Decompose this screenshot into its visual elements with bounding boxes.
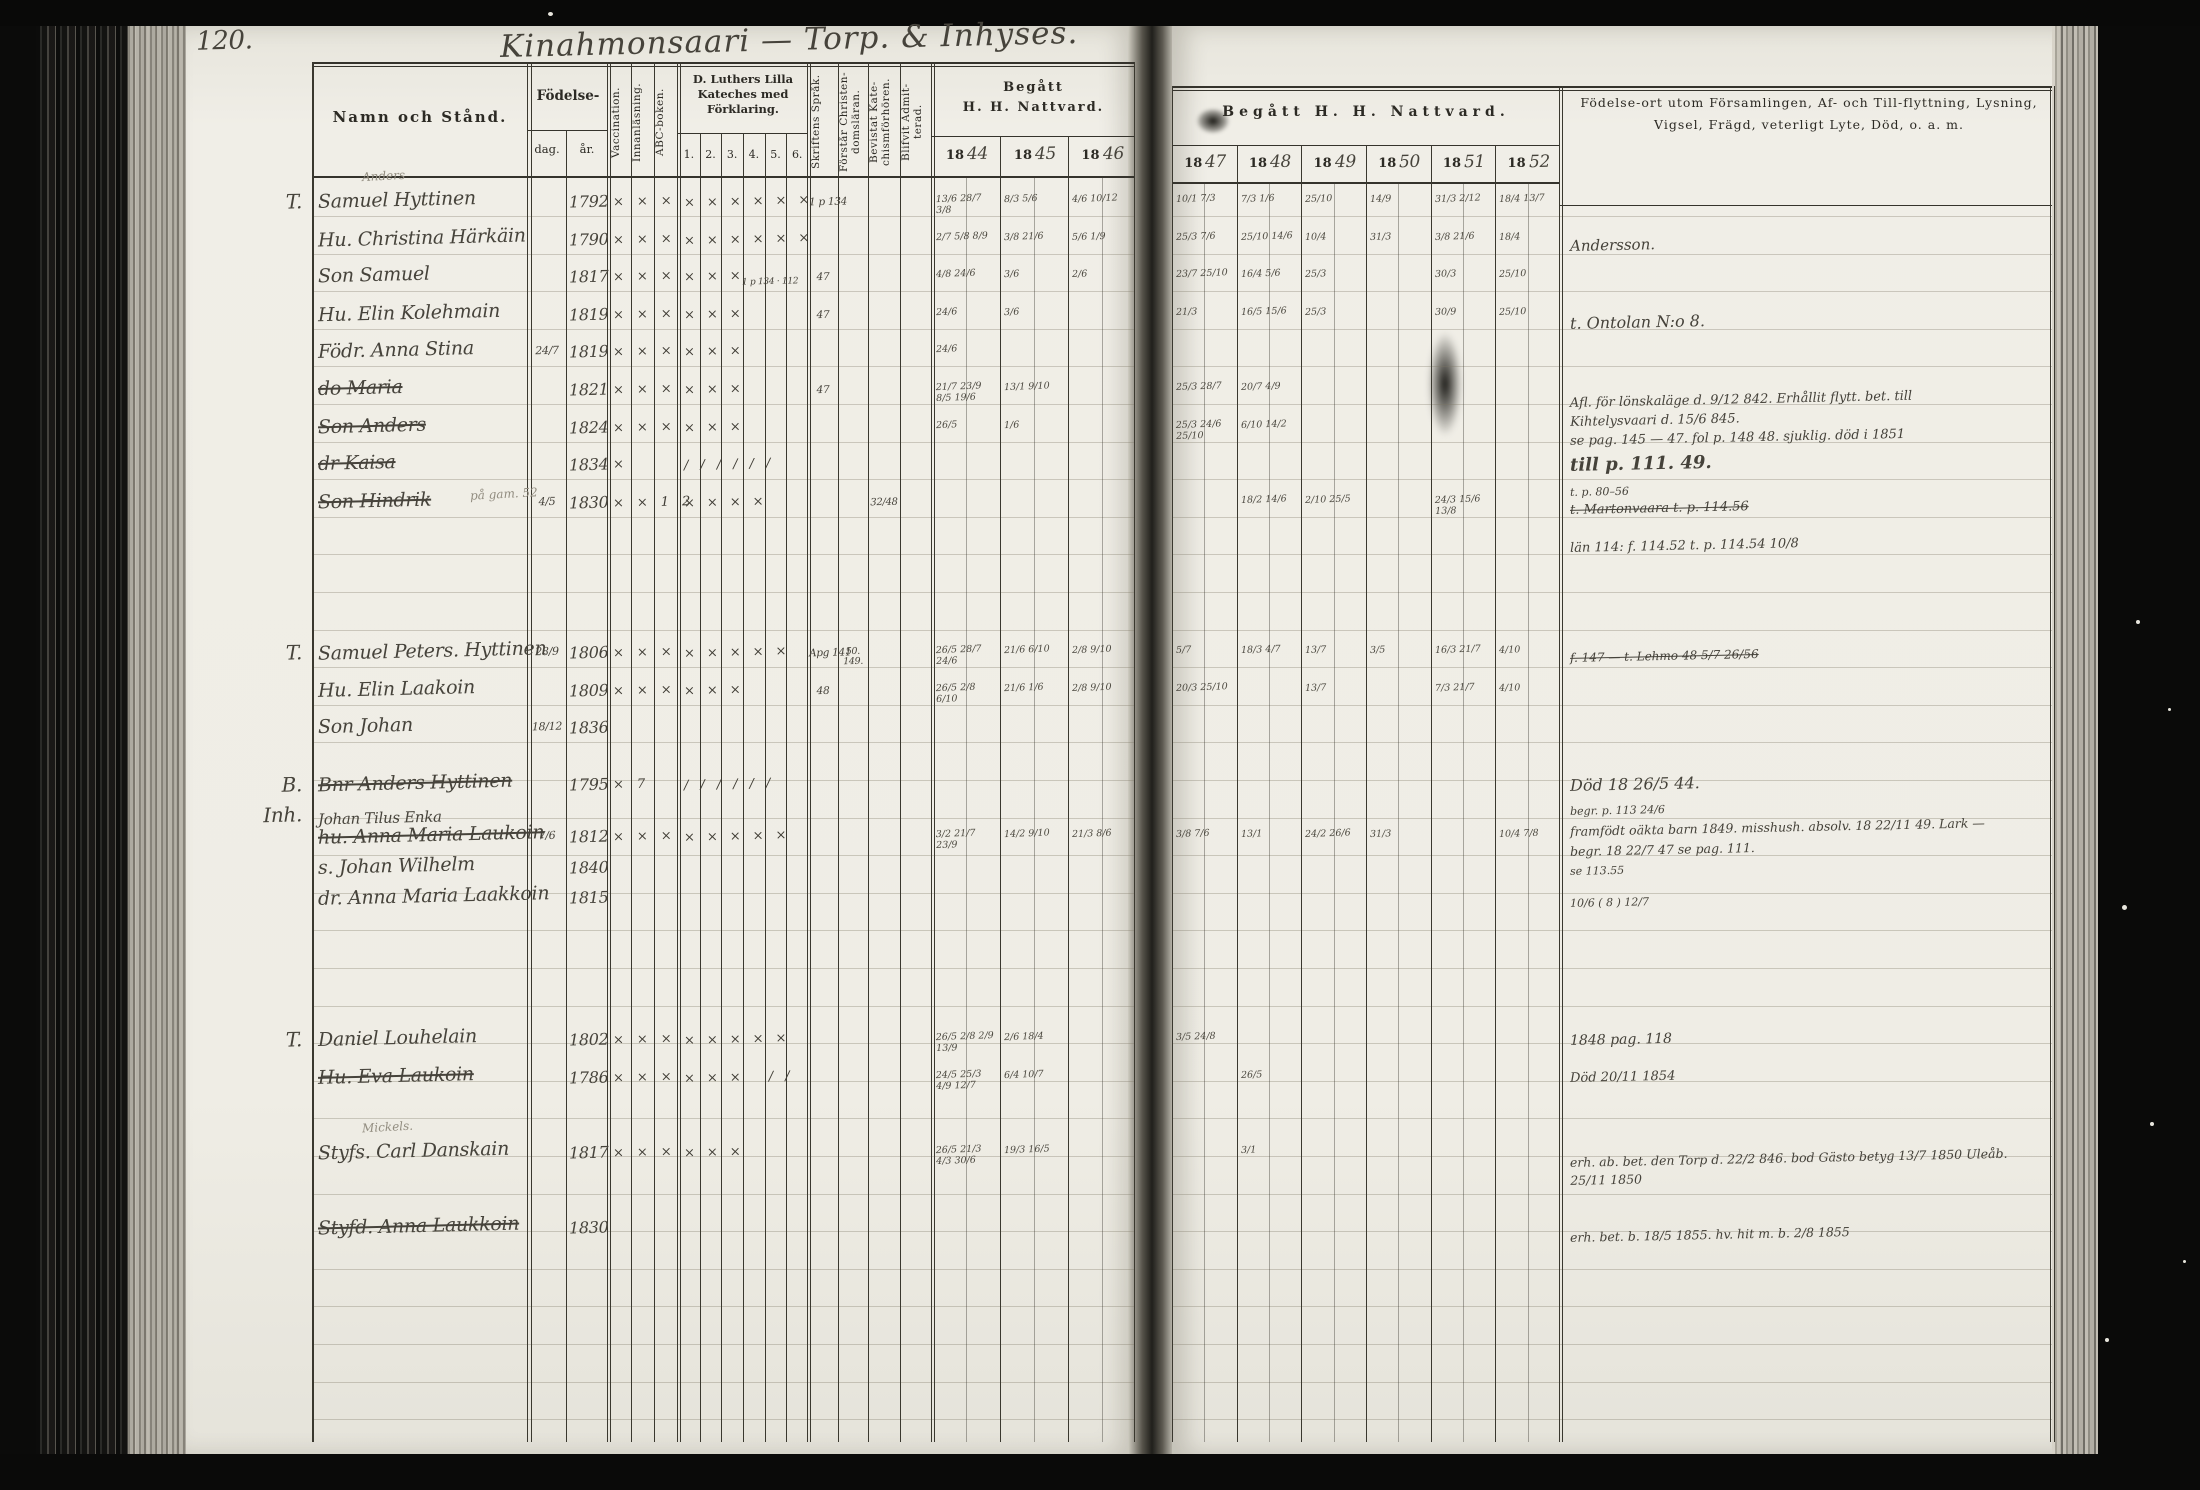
scan-border-right xyxy=(2098,0,2200,1490)
doctrine-entry: 50. 149. xyxy=(839,647,867,668)
ruled-line xyxy=(312,968,1135,969)
communion-date-entry: 7/3 21/7 xyxy=(1435,682,1493,695)
table-rule-vertical xyxy=(1495,145,1496,1442)
column-header-communion-right: Begått H. H. Nattvard. xyxy=(1172,104,1560,120)
birth-year: 1795 xyxy=(569,774,609,794)
scan-border-top xyxy=(0,0,2200,26)
communion-date-entry: 18/4 13/7 xyxy=(1499,193,1557,206)
table-rule-vertical xyxy=(810,62,811,1442)
communion-date-entry: 3/6 xyxy=(1004,306,1065,319)
communion-date-entry: 21/3 xyxy=(1176,306,1234,319)
communion-date-entry: 26/5 2/8 6/10 xyxy=(936,682,998,705)
communion-year-prefix: 18 xyxy=(1078,148,1100,163)
ruled-line xyxy=(312,667,1135,668)
communion-date-entry: 3/2 21/7 23/9 xyxy=(936,828,998,851)
year-column-mid-rule xyxy=(1102,176,1103,1442)
ruled-line xyxy=(1172,930,2052,931)
table-rule-vertical xyxy=(838,62,839,1442)
table-rule-vertical xyxy=(1559,86,1560,1442)
communion-date-entry: 26/5 21/3 4/3 30/6 xyxy=(936,1144,998,1167)
table-rule-horizontal xyxy=(932,136,1135,137)
reading-marks: ××× xyxy=(613,1032,685,1049)
table-rule-vertical xyxy=(1000,136,1001,1442)
row-name: Födr. Anna Stina xyxy=(318,337,474,363)
birth-day: 7/6 xyxy=(529,829,565,843)
communion-date-entry: 6/4 10/7 xyxy=(1004,1069,1065,1082)
ruled-line xyxy=(1172,968,2052,969)
ruled-line xyxy=(312,554,1135,555)
row-name: Hu. Eva Laukoin xyxy=(318,1063,474,1089)
dust-speck xyxy=(2122,905,2127,910)
table-rule-vertical xyxy=(786,133,787,1442)
ruled-line xyxy=(312,705,1135,706)
communion-date-entry: 26/5 28/7 24/6 xyxy=(936,644,998,667)
year-column-mid-rule xyxy=(1269,182,1270,1442)
birth-day: 28/9 xyxy=(529,645,565,659)
column-header-communion-left: Begått H. H. Nattvard. xyxy=(932,78,1135,118)
dust-speck xyxy=(2150,1122,2154,1126)
communion-date-entry: 13/6 28/7 3/8 xyxy=(936,193,998,216)
communion-date-entry: 18/2 14/6 xyxy=(1241,494,1299,507)
ruled-line xyxy=(312,1419,1135,1420)
birth-year: 1817 xyxy=(569,1143,609,1163)
vertical-column-header: ABC-boken. xyxy=(654,70,677,174)
communion-date-entry: 20/3 25/10 xyxy=(1176,682,1234,695)
communion-date-entry: 26/5 xyxy=(936,419,997,432)
communion-year-digits: 48 xyxy=(1270,152,1292,173)
column-header-notes: Födelse-ort utom Församlingen, Af- och T… xyxy=(1566,92,2052,136)
row-margin-mark: T. xyxy=(240,640,303,666)
ruled-line xyxy=(1172,592,2052,593)
communion-year-digits: 45 xyxy=(1035,144,1057,165)
table-rule-horizontal xyxy=(1172,90,2052,91)
scripture-language-entry: Apg 141 xyxy=(809,647,837,660)
communion-date-entry: 25/3 24/6 25/10 xyxy=(1176,419,1234,442)
year-column-mid-rule xyxy=(1463,182,1464,1442)
communion-date-entry: 25/10 14/6 xyxy=(1241,231,1299,244)
ruled-line xyxy=(1172,1006,2052,1007)
communion-date-entry: 31/3 xyxy=(1370,231,1428,244)
catechism-marks: ×××× xyxy=(684,494,776,511)
row-name: Son Johan xyxy=(318,714,413,738)
reading-marks: ××× xyxy=(613,644,685,661)
year-column-mid-rule xyxy=(1398,182,1399,1442)
reading-marks: ××× xyxy=(613,268,685,285)
communion-date-entry: 26/5 xyxy=(1241,1069,1299,1082)
scripture-language-entry: 47 xyxy=(809,384,837,397)
row-name: Hu. Elin Kolehmain xyxy=(318,300,501,326)
reading-marks: ××× xyxy=(613,1144,685,1161)
table-rule-horizontal xyxy=(528,130,608,131)
ruled-line xyxy=(312,517,1135,518)
vertical-column-header: Vaccination. xyxy=(610,70,631,174)
communion-date-entry: 25/3 28/7 xyxy=(1176,381,1234,394)
column-header-birth: Födelse- xyxy=(528,88,608,104)
ruled-line xyxy=(312,479,1135,480)
page-fan-right xyxy=(2052,26,2104,1454)
table-rule-horizontal xyxy=(312,62,1135,64)
vertical-column-header: Innanläsning. xyxy=(631,70,654,174)
table-rule-vertical xyxy=(1172,86,1173,1442)
communion-year-prefix: 18 xyxy=(1180,156,1202,171)
table-rule-vertical xyxy=(868,62,869,1442)
reading-marks: × xyxy=(613,457,637,473)
row-name: do Maria xyxy=(318,376,403,400)
reading-marks: ××× xyxy=(613,193,685,210)
table-rule-vertical xyxy=(1366,145,1367,1442)
birth-day: 4/5 xyxy=(529,494,565,508)
communion-date-entry: 26/5 2/8 2/9 13/9 xyxy=(936,1031,998,1054)
birth-year: 1817 xyxy=(569,267,609,287)
ruled-line xyxy=(312,1344,1135,1345)
catechism-marks: ×××××× xyxy=(684,230,822,248)
ruled-line xyxy=(312,1269,1135,1270)
communion-year-prefix: 18 xyxy=(1010,148,1032,163)
table-rule-vertical xyxy=(1301,145,1302,1442)
scripture-language-entry: 1 p 134 xyxy=(809,196,837,209)
communion-year-digits: 50 xyxy=(1399,152,1421,173)
communion-date-entry: 30/9 xyxy=(1435,306,1493,319)
catechism-subcolumn-number: 6. xyxy=(786,148,808,161)
reading-marks: ××× xyxy=(613,306,685,323)
vertical-column-header: Skriftens Språk. xyxy=(810,70,838,174)
year-column-mid-rule xyxy=(1334,182,1335,1442)
communion-date-entry: 10/4 xyxy=(1305,231,1363,244)
catechism-note: 1 p 134 · 112 xyxy=(742,277,798,288)
dust-speck xyxy=(548,12,553,16)
communion-year-digits: 51 xyxy=(1464,152,1486,173)
reading-marks: ×7 xyxy=(613,776,659,792)
communion-date-entry: 21/7 23/9 8/5 19/6 xyxy=(936,381,998,404)
reading-marks: ××× xyxy=(613,344,685,361)
communion-date-entry: 8/3 5/6 xyxy=(1004,193,1065,206)
birth-year: 1836 xyxy=(569,718,609,738)
table-rule-vertical xyxy=(527,62,528,1442)
reading-marks: ××× xyxy=(613,231,685,248)
row-name: Bnr Anders Hyttinen xyxy=(318,769,513,796)
birth-year: 1792 xyxy=(569,192,609,212)
communion-year-digits: 44 xyxy=(967,144,989,165)
communion-year-digits: 52 xyxy=(1528,152,1550,173)
catechism-marks: ××× xyxy=(684,1144,753,1161)
catechism-marks: ××× xyxy=(684,682,753,699)
communion-date-entry: 3/8 21/6 xyxy=(1435,231,1493,244)
table-rule-vertical xyxy=(1431,145,1432,1442)
ruled-line xyxy=(312,291,1135,292)
birth-year: 1802 xyxy=(569,1030,609,1050)
row-name: Hu. Elin Laakoin xyxy=(318,676,475,702)
column-subheader-year: år. xyxy=(566,142,608,156)
communion-year-prefix: 18 xyxy=(1310,156,1332,171)
ruled-line xyxy=(1172,1118,2052,1119)
birth-year: 1790 xyxy=(569,229,609,249)
birth-year: 1812 xyxy=(569,827,609,847)
catechism-marks: ////// xyxy=(684,456,783,473)
dust-speck xyxy=(2183,1260,2186,1263)
communion-year-prefix: 18 xyxy=(1245,156,1267,171)
ruled-line xyxy=(1172,1269,2052,1270)
communion-date-entry: 7/3 1/6 xyxy=(1241,193,1299,206)
communion-date-entry: 16/5 15/6 xyxy=(1241,306,1299,319)
communion-date-entry: 13/7 xyxy=(1305,682,1363,695)
table-rule-vertical xyxy=(1237,145,1238,1442)
catechism-marks: ××××× xyxy=(684,644,799,662)
ruled-line xyxy=(312,329,1135,330)
ruled-line xyxy=(1172,1194,2052,1195)
ruled-line xyxy=(1172,1344,2052,1345)
row-name: Son Hindrik xyxy=(318,488,432,513)
dust-speck xyxy=(2136,620,2140,624)
birth-year: 1806 xyxy=(569,643,609,663)
communion-date-entry: 31/3 2/12 xyxy=(1435,193,1493,206)
ruled-line xyxy=(312,366,1135,367)
birth-year: 1819 xyxy=(569,342,609,362)
reading-marks: ××× xyxy=(613,381,685,398)
row-margin-mark: B. xyxy=(240,772,303,798)
communion-date-entry: 25/10 xyxy=(1499,306,1557,319)
ruled-line xyxy=(1172,742,2052,743)
column-header-catechism: D. Luthers Lilla Kateches med Förklaring… xyxy=(678,72,808,117)
communion-date-entry: 24/5 25/3 4/9 12/7 xyxy=(936,1069,998,1092)
communion-date-entry: 2/10 25/5 xyxy=(1305,494,1363,507)
communion-date-entry: 13/1 9/10 xyxy=(1004,381,1065,394)
table-rule-vertical xyxy=(1068,136,1069,1442)
communion-date-entry: 10/1 7/3 xyxy=(1176,193,1234,206)
communion-year-prefix: 18 xyxy=(1374,156,1396,171)
ruled-line xyxy=(312,442,1135,443)
table-rule-horizontal xyxy=(1172,86,2052,88)
ruled-line xyxy=(1172,366,2052,367)
ruled-line xyxy=(312,1006,1135,1007)
communion-date-entry: 4/6 10/12 xyxy=(1072,193,1132,206)
table-rule-vertical xyxy=(566,130,567,1442)
page-fan-left xyxy=(128,26,190,1454)
communion-year-prefix: 18 xyxy=(1439,156,1461,171)
communion-date-entry: 1/6 xyxy=(1004,419,1065,432)
communion-date-entry: 2/8 9/10 xyxy=(1072,682,1132,695)
communion-year-prefix: 18 xyxy=(942,148,964,163)
catechism-marks: ////// xyxy=(684,776,783,793)
ruled-line xyxy=(1172,705,2052,706)
communion-year-digits: 49 xyxy=(1334,152,1356,173)
row-margin-mark: T. xyxy=(240,1028,303,1054)
row-name: dr Kaisa xyxy=(318,451,396,475)
page-number: 120. xyxy=(196,25,253,56)
catechism-marks: ××× // xyxy=(684,1069,802,1087)
row-name: Samuel Hyttinen xyxy=(318,187,476,213)
row-name: Hu. Christina Härkäin xyxy=(318,224,526,251)
birth-year: 1809 xyxy=(569,680,609,700)
year-column-mid-rule xyxy=(1034,176,1035,1442)
ruled-line xyxy=(1172,630,2052,631)
catechism-marks: ××× xyxy=(684,306,753,323)
table-rule-horizontal xyxy=(312,176,1135,178)
reading-marks: ××× xyxy=(613,682,685,699)
row-name: s. Johan Wilhelm xyxy=(318,853,475,879)
catechism-marks: ××× xyxy=(684,381,753,398)
birth-day: 24/7 xyxy=(529,344,565,358)
vertical-column-header: Bevistat Kate- chismförhören. xyxy=(868,70,900,174)
table-rule-vertical xyxy=(2054,86,2055,1442)
catechism-subcolumn-number: 4. xyxy=(743,148,765,161)
communion-year-digits: 47 xyxy=(1205,152,1227,173)
ruled-line xyxy=(1172,667,2052,668)
ruled-line xyxy=(312,930,1135,931)
ruled-line xyxy=(312,1194,1135,1195)
birth-year: 1786 xyxy=(569,1068,609,1088)
catechism-subcolumn-number: 1. xyxy=(678,148,700,161)
communion-date-entry: 14/9 xyxy=(1370,193,1428,206)
reading-marks: ××× xyxy=(613,419,685,436)
examination-entry: 32/48 xyxy=(869,496,899,508)
table-rule-horizontal xyxy=(312,66,1135,67)
communion-year-prefix: 18 xyxy=(1504,156,1526,171)
dust-speck xyxy=(2168,708,2171,711)
dust-speck xyxy=(2105,1338,2109,1342)
row-name: Daniel Louhelain xyxy=(318,1026,477,1052)
column-header-name: Namn och Stånd. xyxy=(312,108,528,126)
ruled-line xyxy=(312,216,1135,217)
catechism-marks: ××× xyxy=(684,344,753,361)
communion-date-entry: 6/10 14/2 xyxy=(1241,419,1299,432)
reading-marks: ××× xyxy=(613,829,685,846)
scripture-language-entry: 47 xyxy=(809,308,837,321)
communion-date-entry: 24/6 xyxy=(936,306,997,319)
year-column-mid-rule xyxy=(1204,182,1205,1442)
communion-date-entry: 20/7 4/9 xyxy=(1241,381,1299,394)
year-column-mid-rule xyxy=(1528,182,1529,1442)
row-name: Son Samuel xyxy=(318,263,430,288)
ruled-line xyxy=(312,592,1135,593)
communion-date-entry: 18/4 xyxy=(1499,231,1557,244)
birth-year: 1830 xyxy=(569,492,609,512)
vertical-column-header: Blifvit Admit- terad. xyxy=(900,70,931,174)
communion-date-entry: 3/8 21/6 xyxy=(1004,231,1065,244)
ruled-line xyxy=(312,1118,1135,1119)
table-rule-vertical xyxy=(610,62,611,1442)
catechism-subcolumn-number: 3. xyxy=(721,148,743,161)
ruled-line xyxy=(312,1382,1135,1383)
archival-scan-photo: 120. Kinahmonsaari — Torp. & Inhyses. Na… xyxy=(0,0,2200,1490)
row-name: Son Anders xyxy=(318,413,426,438)
catechism-subcolumn-number: 2. xyxy=(700,148,722,161)
table-rule-vertical xyxy=(312,62,314,1442)
column-subheader-day: dag. xyxy=(528,142,566,156)
table-rule-vertical xyxy=(1562,86,1563,1442)
scripture-language-entry: 47 xyxy=(809,271,837,284)
birth-year: 1819 xyxy=(569,304,609,324)
table-rule-vertical xyxy=(900,62,901,1442)
communion-date-entry: 24/3 15/6 13/8 xyxy=(1434,494,1492,517)
scan-border-bottom xyxy=(0,1454,2200,1490)
birth-year: 1834 xyxy=(569,455,609,475)
table-rule-vertical xyxy=(2050,86,2051,1442)
birth-day: 18/12 xyxy=(529,720,565,734)
table-rule-vertical xyxy=(531,62,532,1442)
communion-date-entry: 5/6 1/9 xyxy=(1072,231,1132,244)
ruled-line xyxy=(1172,216,2052,217)
communion-date-entry: 25/10 xyxy=(1305,193,1363,206)
table-rule-horizontal xyxy=(1560,205,2052,206)
ruled-line xyxy=(312,1306,1135,1307)
ruled-line xyxy=(312,742,1135,743)
pencil-annotation: Anders xyxy=(362,168,406,184)
catechism-marks: ××× xyxy=(684,419,753,436)
communion-year-digits: 46 xyxy=(1102,144,1124,165)
communion-date-entry: 25/3 7/6 xyxy=(1176,231,1234,244)
ruled-line xyxy=(312,630,1135,631)
ink-stain xyxy=(1428,332,1462,436)
row-margin-mark: Inh. xyxy=(240,802,303,828)
ruled-line xyxy=(1172,291,2052,292)
year-column-mid-rule xyxy=(966,176,967,1442)
birth-year: 1840 xyxy=(569,857,609,877)
birth-year: 1821 xyxy=(569,380,609,400)
birth-year: 1824 xyxy=(569,417,609,437)
communion-date-entry: 2/7 5/8 8/9 xyxy=(936,231,997,244)
table-rule-vertical xyxy=(1134,62,1135,1442)
ruled-line xyxy=(1172,1419,2052,1420)
vertical-column-header: Förstår Christen- domsläran. xyxy=(838,70,868,174)
communion-date-entry: 25/3 xyxy=(1305,306,1363,319)
table-rule-vertical xyxy=(807,62,808,1442)
ruled-line xyxy=(1172,1306,2052,1307)
communion-date-entry: 21/6 1/6 xyxy=(1004,682,1065,695)
table-rule-vertical xyxy=(931,62,932,1442)
scripture-language-entry: 48 xyxy=(809,684,837,697)
birth-year: 1830 xyxy=(569,1218,609,1238)
birth-year: 1815 xyxy=(569,887,609,907)
row-margin-mark: T. xyxy=(240,189,303,215)
communion-date-entry: 4/10 xyxy=(1499,682,1557,695)
ruled-line xyxy=(312,254,1135,255)
ruled-line xyxy=(1172,1382,2052,1383)
ruled-line xyxy=(312,404,1135,405)
reading-marks: ××× xyxy=(613,1069,685,1086)
catechism-subcolumn-number: 5. xyxy=(765,148,787,161)
